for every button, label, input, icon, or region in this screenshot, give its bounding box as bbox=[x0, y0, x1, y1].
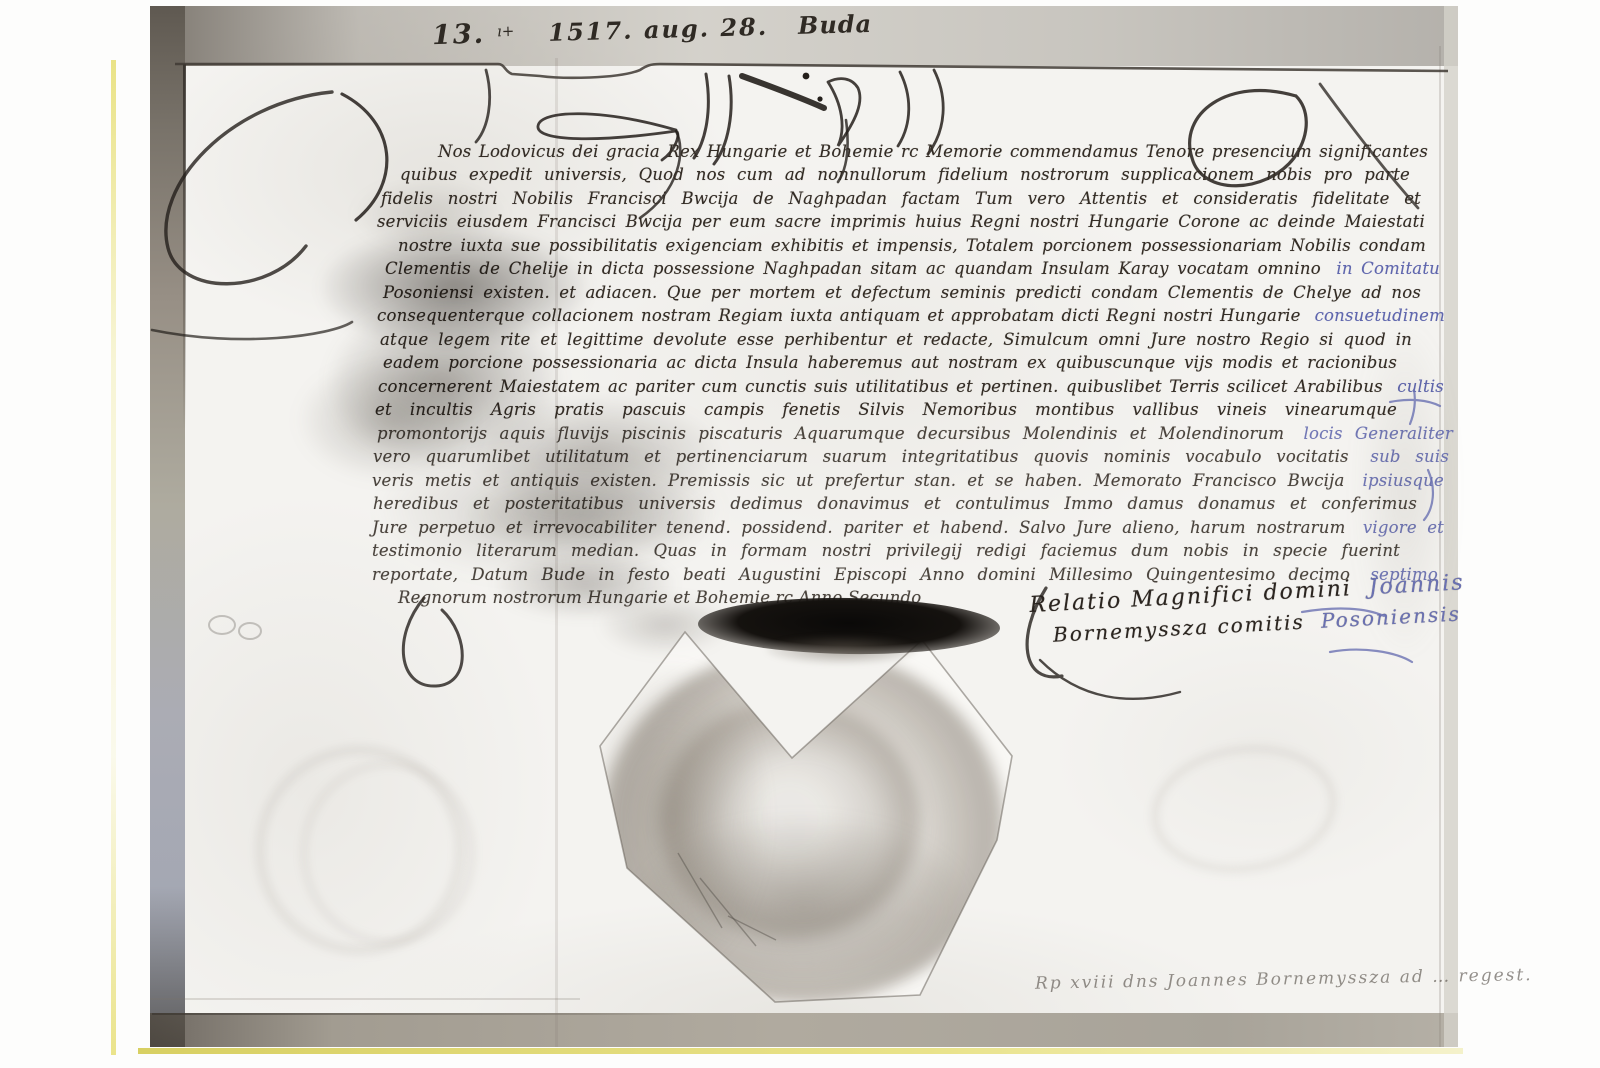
fold-crease-horizontal bbox=[150, 998, 580, 1000]
film-edge-left bbox=[111, 60, 116, 1055]
charter-text-line: et incultis Agris pratis pascuis campis … bbox=[375, 399, 1397, 421]
document-corner-shadow bbox=[150, 886, 185, 1047]
charter-text-line: atque legem rite et legittime devolute e… bbox=[380, 329, 1412, 351]
line-text: consequenterque collacionem nostram Regi… bbox=[377, 306, 1301, 325]
line-text: Clementis de Chelije in dicta possession… bbox=[385, 259, 1321, 278]
charter-document: 13.ı+1517. aug. 28.Buda bbox=[150, 6, 1458, 1047]
line-text: vero quarumlibet utilitatum et pertinenc… bbox=[373, 447, 1349, 466]
line-text-blue-ink: ipsiusque bbox=[1363, 471, 1444, 490]
charter-text-line: Nos Lodovicus dei gracia Rex Hungarie et… bbox=[438, 141, 1428, 163]
docket-note: Rp xviii dns Joannes Bornemyssza ad … re… bbox=[1035, 966, 1465, 994]
line-text: reportate, Datum Bude in festo beati Aug… bbox=[372, 565, 1350, 584]
charter-text-line: fidelis nostri Nobilis Francisci Bwcija … bbox=[381, 188, 1421, 210]
line-text: et incultis Agris pratis pascuis campis … bbox=[375, 400, 1397, 419]
line-text: testimonio literarum median. Quas in for… bbox=[372, 541, 1400, 560]
signature-text-blue-ink: Joannis bbox=[1368, 570, 1465, 600]
line-text-blue-ink: locis Generaliter bbox=[1303, 424, 1453, 443]
line-text-blue-ink: cultis bbox=[1397, 377, 1444, 396]
charter-text-line: Clementis de Chelije in dicta possession… bbox=[385, 258, 1440, 280]
charter-text-line: serviciis eiusdem Francisci Bwcija per e… bbox=[377, 211, 1425, 233]
charter-text-line: nostre iuxta sue possibilitatis exigenci… bbox=[398, 235, 1426, 257]
line-text-blue-ink: sub suis bbox=[1370, 447, 1449, 466]
line-text: promontorijs aquis fluvijs piscinis pisc… bbox=[377, 424, 1284, 443]
line-text: heredibus et posteritatibus universis de… bbox=[373, 494, 1417, 513]
line-text: quibus expedit universis, Quod nos cum a… bbox=[400, 165, 1410, 184]
charter-text-line: promontorijs aquis fluvijs piscinis pisc… bbox=[377, 423, 1453, 445]
line-text: Posoniensi existen. et adiacen. Que per … bbox=[383, 283, 1421, 302]
line-text: nostre iuxta sue possibilitatis exigenci… bbox=[398, 236, 1426, 255]
line-text: Jure perpetuo et irrevocabiliter tenend.… bbox=[372, 518, 1345, 537]
line-text: veris metis et antiquis existen. Premiss… bbox=[372, 471, 1345, 490]
line-text: eadem porcione possessionaria ac dicta I… bbox=[383, 353, 1397, 372]
water-ring-stain bbox=[300, 760, 476, 946]
charter-text-line: heredibus et posteritatibus universis de… bbox=[373, 493, 1417, 515]
charter-text-line: Jure perpetuo et irrevocabiliter tenend.… bbox=[372, 517, 1444, 539]
water-ring-stain bbox=[255, 745, 465, 955]
water-ring-stain bbox=[1142, 733, 1346, 886]
charter-text-line: quibus expedit universis, Quod nos cum a… bbox=[400, 164, 1410, 186]
line-text: fidelis nostri Nobilis Francisci Bwcija … bbox=[381, 189, 1421, 208]
line-text: atque legem rite et legittime devolute e… bbox=[380, 330, 1412, 349]
line-text: concernerent Maiestatem ac pariter cum c… bbox=[378, 377, 1383, 396]
charter-text-line: consequenterque collacionem nostram Regi… bbox=[377, 305, 1445, 327]
charter-text-line: concernerent Maiestatem ac pariter cum c… bbox=[378, 376, 1444, 398]
film-edge-bottom bbox=[138, 1048, 1463, 1054]
charter-text-line: testimonio literarum median. Quas in for… bbox=[372, 540, 1400, 562]
seal-impression-left-arc bbox=[580, 666, 765, 971]
charter-text-line: Posoniensi existen. et adiacen. Que per … bbox=[383, 282, 1421, 304]
line-text: Nos Lodovicus dei gracia Rex Hungarie et… bbox=[438, 142, 1428, 161]
charter-text-line: vero quarumlibet utilitatum et pertinenc… bbox=[373, 446, 1449, 468]
photo-canvas: 13.ı+1517. aug. 28.Buda bbox=[0, 0, 1600, 1068]
line-text-blue-ink: consuetudinem bbox=[1315, 306, 1445, 325]
charter-text-line: eadem porcione possessionaria ac dicta I… bbox=[383, 352, 1397, 374]
border-line-bottom bbox=[152, 1013, 692, 1015]
line-text-blue-ink: vigore et bbox=[1363, 518, 1444, 537]
wax-seal-shadow bbox=[766, 636, 918, 664]
line-text: serviciis eiusdem Francisci Bwcija per e… bbox=[377, 212, 1425, 231]
line-text-blue-ink: in Comitatu bbox=[1336, 259, 1440, 278]
document-edge-bottom bbox=[150, 1013, 1458, 1047]
charter-text-line: veris metis et antiquis existen. Premiss… bbox=[372, 470, 1444, 492]
